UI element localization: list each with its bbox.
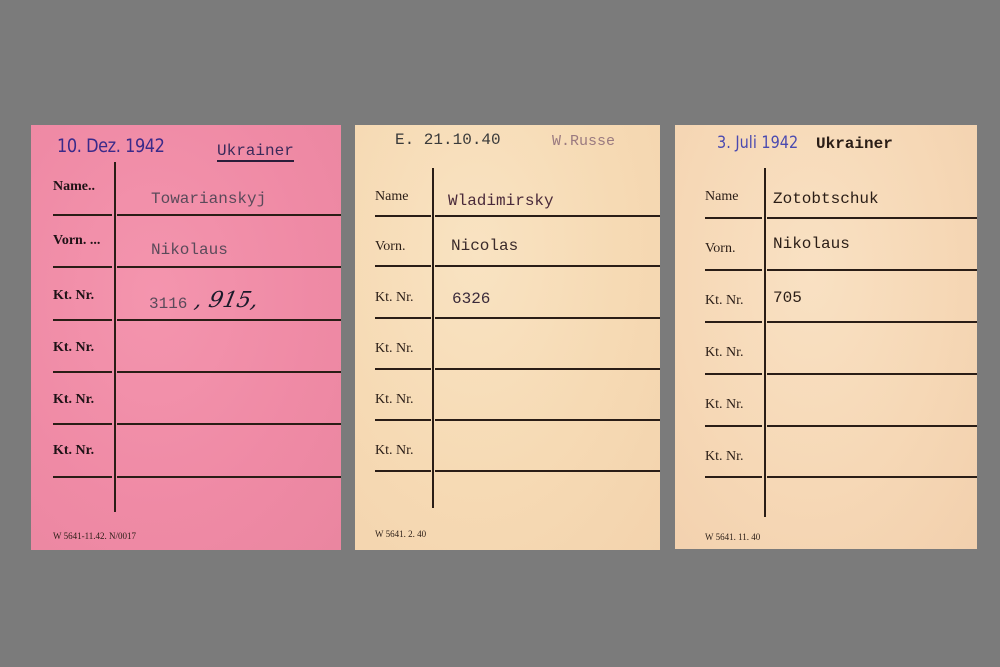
row-line [767,321,977,323]
row-line [435,470,660,472]
field-label-kt-nr: Kt. Nr. [53,392,94,408]
column-divider [764,168,766,517]
row-line [435,215,660,217]
field-value-vorname: Nikolaus [151,241,228,259]
row-line [375,368,431,370]
field-label-name: Name [705,189,738,205]
row-line [117,266,341,268]
row-line [117,423,341,425]
row-line [767,476,977,478]
date-stamp: E. 21.10.40 [395,131,501,149]
row-line [767,217,977,219]
row-line [435,265,660,267]
row-line [53,319,112,321]
field-label-kt-nr: Kt. Nr. [53,443,94,459]
field-label-name: Name.. [53,179,95,195]
field-label-vorname: Vorn. [375,239,405,255]
field-label-kt-nr: Kt. Nr. [375,443,414,459]
row-line [705,425,762,427]
row-line [53,423,112,425]
field-label-kt-nr: Kt. Nr. [53,340,94,356]
field-label-kt-nr: Kt. Nr. [705,397,744,413]
row-line [117,476,341,478]
handwritten-annotation: , 915, [192,288,260,313]
row-line [375,419,431,421]
date-stamp: 3. Juli 1942 [717,133,798,153]
row-line [435,317,660,319]
date-stamp: 10. Dez. 1942 [57,135,165,157]
index-card-towarianskyj: 10. Dez. 1942 Ukrainer Name.. Towariansk… [31,125,341,550]
field-label-vorname: Vorn. ... [53,233,100,249]
field-label-kt-nr: Kt. Nr. [375,392,414,408]
row-line [117,319,341,321]
field-label-kt-nr: Kt. Nr. [375,341,414,357]
form-number: W 5641. 11. 40 [705,532,760,542]
row-line [435,419,660,421]
nationality: Ukrainer [816,135,893,153]
field-value-name: Towarianskyj [151,190,266,208]
field-label-kt-nr: Kt. Nr. [705,293,744,309]
field-value-kt-nr: 6326 [452,290,490,308]
form-number: W 5641-11.42. N/0017 [53,531,136,541]
nationality: W.Russe [552,133,615,150]
index-card-wladimirsky: E. 21.10.40 W.Russe Name Wladimirsky Vor… [355,125,660,550]
row-line [375,470,431,472]
field-label-name: Name [375,189,408,205]
row-line [53,266,112,268]
row-line [767,269,977,271]
field-label-kt-nr: Kt. Nr. [53,288,94,304]
field-value-name: Zotobtschuk [773,190,879,208]
column-divider [114,162,116,512]
index-card-zotobtschuk: 3. Juli 1942 Ukrainer Name Zotobtschuk V… [675,125,977,549]
row-line [53,476,112,478]
row-line [705,373,762,375]
row-line [117,371,341,373]
field-value-kt-nr: 705 [773,289,802,307]
row-line [705,476,762,478]
row-line [375,265,431,267]
nationality: Ukrainer [217,142,294,162]
row-line [705,321,762,323]
form-number: W 5641. 2. 40 [375,529,426,539]
field-value-kt-nr: 3116 [149,295,187,313]
field-label-kt-nr: Kt. Nr. [705,449,744,465]
row-line [705,269,762,271]
row-line [767,425,977,427]
row-line [705,217,762,219]
row-line [117,214,341,216]
field-value-vorname: Nikolaus [773,235,850,253]
field-value-name: Wladimirsky [448,192,554,210]
field-value-vorname: Nicolas [451,237,518,255]
row-line [767,373,977,375]
row-line [375,215,431,217]
column-divider [432,168,434,508]
field-label-kt-nr: Kt. Nr. [705,345,744,361]
row-line [53,214,112,216]
field-label-kt-nr: Kt. Nr. [375,290,414,306]
row-line [375,317,431,319]
field-label-vorname: Vorn. [705,241,735,257]
row-line [435,368,660,370]
row-line [53,371,112,373]
